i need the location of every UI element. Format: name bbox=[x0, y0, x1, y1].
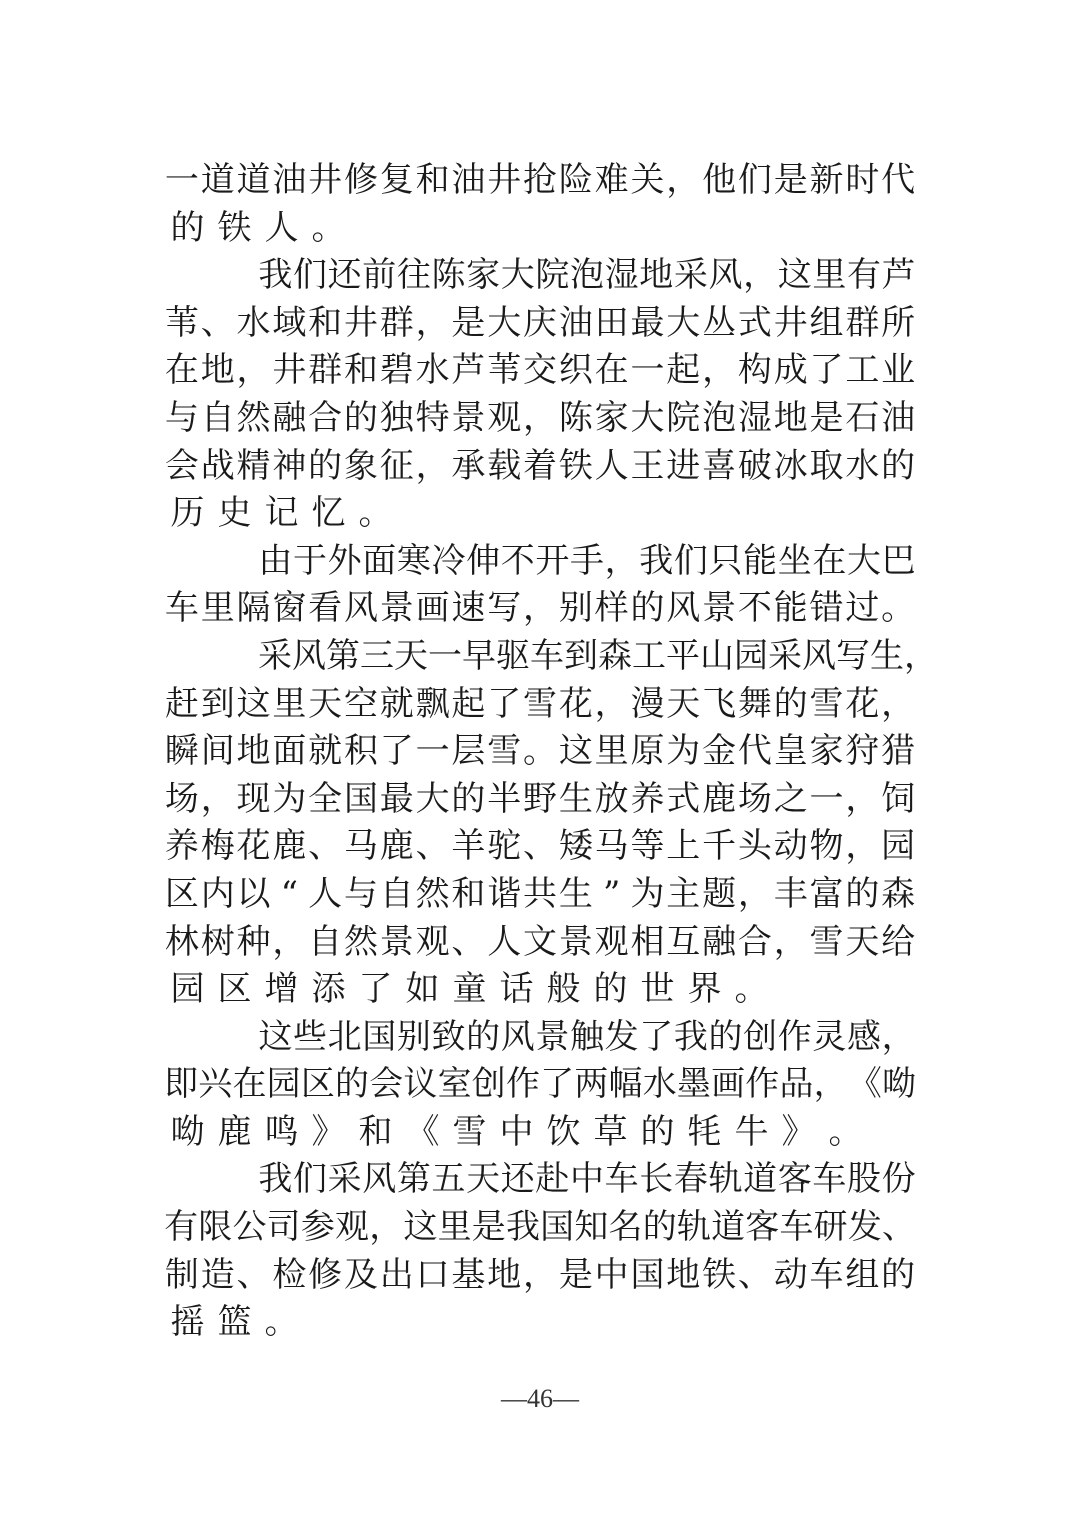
text-line: 一道道油井修复和油井抢险难关，他们是新时代 bbox=[164, 157, 916, 205]
text-line: 会战精神的象征，承载着铁人王进喜破冰取水的 bbox=[164, 443, 916, 491]
text-line: 我们还前往陈家大院泡湿地采风，这里有芦 bbox=[164, 252, 916, 300]
document-page: 一道道油井修复和油井抢险难关，他们是新时代的铁人。我们还前往陈家大院泡湿地采风，… bbox=[0, 0, 1080, 1525]
text-line: 在地，井群和碧水芦苇交织在一起，构成了工业 bbox=[164, 347, 916, 395]
body-text: 一道道油井修复和油井抢险难关，他们是新时代的铁人。我们还前往陈家大院泡湿地采风，… bbox=[164, 157, 916, 1347]
text-line: 历史记忆。 bbox=[164, 490, 916, 538]
text-line: 林树种，自然景观、人文景观相互融合，雪天给 bbox=[164, 919, 916, 967]
text-line: 养梅花鹿、马鹿、羊驼、矮马等上千头动物，园 bbox=[164, 823, 916, 871]
text-line: 与自然融合的独特景观，陈家大院泡湿地是石油 bbox=[164, 395, 916, 443]
text-line: 区内以“人与自然和谐共生”为主题，丰富的森 bbox=[164, 871, 916, 919]
text-line: 由于外面寒冷伸不开手，我们只能坐在大巴 bbox=[164, 538, 916, 586]
text-line: 摇篮。 bbox=[164, 1299, 916, 1347]
text-line: 场，现为全国最大的半野生放养式鹿场之一，饲 bbox=[164, 776, 916, 824]
text-line: 呦鹿鸣》和《雪中饮草的牦牛》。 bbox=[164, 1109, 916, 1157]
text-line: 这些北国别致的风景触发了我的创作灵感， bbox=[164, 1014, 916, 1062]
text-line: 赶到这里天空就飘起了雪花，漫天飞舞的雪花， bbox=[164, 681, 916, 729]
text-line: 有限公司参观，这里是我国知名的轨道客车研发、 bbox=[164, 1204, 916, 1252]
text-line: 我们采风第五天还赴中车长春轨道客车股份 bbox=[164, 1156, 916, 1204]
text-line: 苇、水域和井群，是大庆油田最大丛式井组群所 bbox=[164, 300, 916, 348]
text-line: 园区增添了如童话般的世界。 bbox=[164, 966, 916, 1014]
text-line: 的铁人。 bbox=[164, 205, 916, 253]
text-line: 即兴在园区的会议室创作了两幅水墨画作品，《呦 bbox=[164, 1061, 916, 1109]
page-number: —46— bbox=[0, 1384, 1080, 1414]
text-line: 采风第三天一早驱车到森工平山园采风写生， bbox=[164, 633, 916, 681]
text-line: 瞬间地面就积了一层雪。这里原为金代皇家狩猎 bbox=[164, 728, 916, 776]
text-line: 制造、检修及出口基地，是中国地铁、动车组的 bbox=[164, 1252, 916, 1300]
text-line: 车里隔窗看风景画速写，别样的风景不能错过。 bbox=[164, 585, 916, 633]
